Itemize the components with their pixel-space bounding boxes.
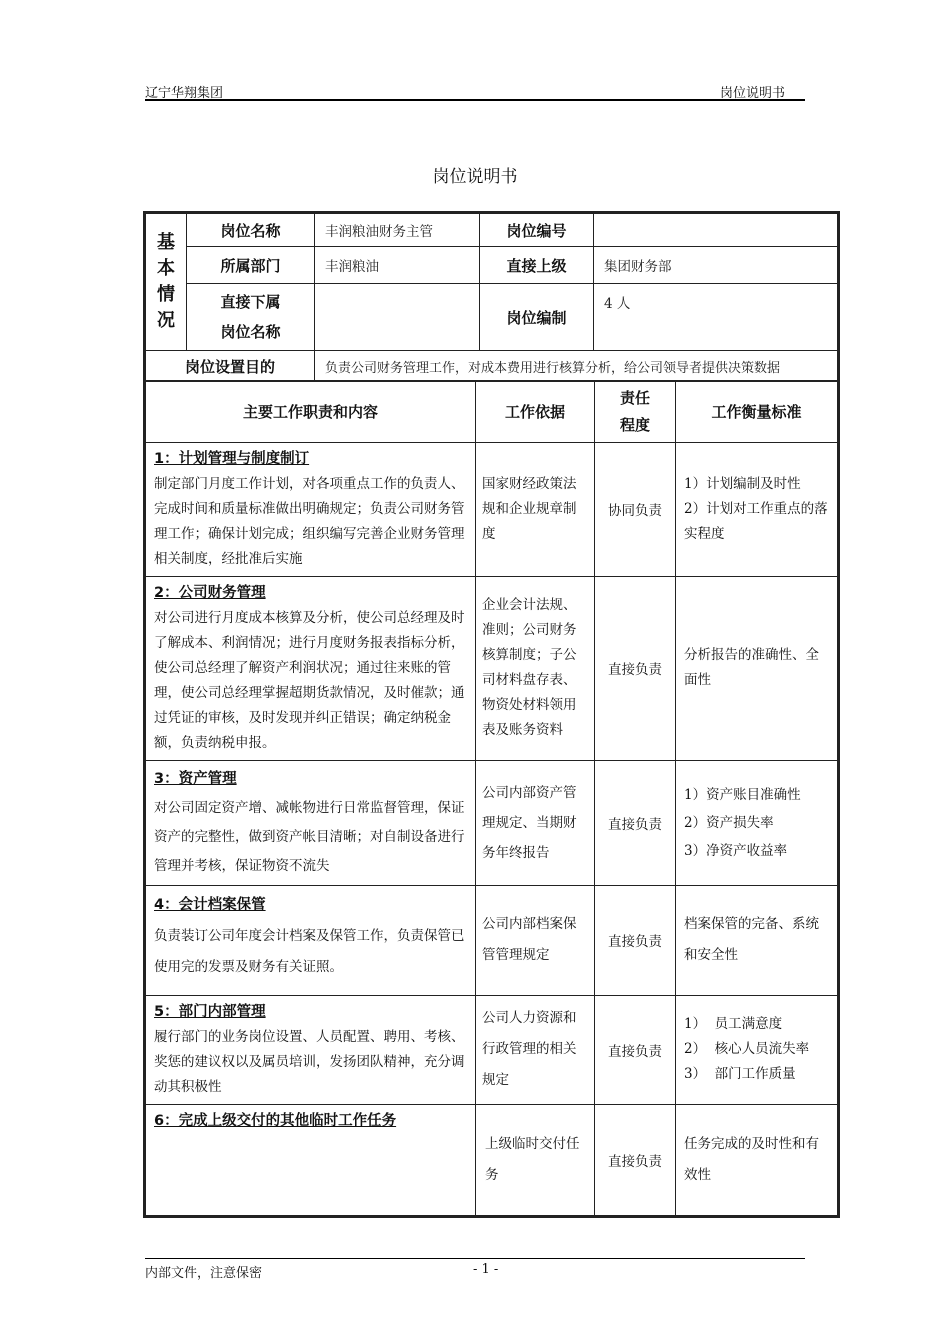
duty-standard: 1）资产账目准确性2）资产损失率3）净资产收益率 (676, 760, 839, 885)
value-department: 丰润粮油 (315, 247, 480, 284)
duty-responsibility: 协同负责 (595, 442, 676, 576)
duty-content: 2：公司财务管理对公司进行月度成本核算及分析，使公司总经理及时了解成本、利润情况… (145, 576, 476, 760)
label-department: 所属部门 (187, 247, 315, 284)
duty-standard: 档案保管的完备、系统和安全性 (676, 885, 839, 995)
page-title: 岗位说明书 (0, 162, 950, 187)
duty-content: 4：会计档案保管负责装订公司年度会计档案及保管工作，负责保管已使用完的发票及财务… (145, 885, 476, 995)
page-header: 辽宁华翔集团 岗位说明书 (145, 82, 805, 101)
duty-responsibility: 直接负责 (595, 885, 676, 995)
duty-basis: 公司内部资产管理规定、当期财务年终报告 (476, 760, 595, 885)
label-subordinates: 直接下属岗位名称 (187, 284, 315, 351)
label-headcount: 岗位编制 (480, 284, 594, 351)
duty-row: 1：计划管理与制度制订制定部门月度工作计划，对各项重点工作的负责人、完成时间和质… (145, 442, 839, 576)
value-subordinates (315, 284, 480, 351)
duty-content: 3：资产管理对公司固定资产增、减帐物进行日常监督管理，保证资产的完整性，做到资产… (145, 760, 476, 885)
header-content: 主要工作职责和内容 (145, 381, 476, 442)
value-headcount: 4 人 (594, 284, 839, 351)
duty-basis: 公司人力资源和行政管理的相关规定 (476, 995, 595, 1104)
label-direct-superior: 直接上级 (480, 247, 594, 284)
duty-basis: 国家财经政策法规和企业规章制度 (476, 442, 595, 576)
duty-content: 6：完成上级交付的其他临时工作任务 (145, 1104, 476, 1216)
value-position-name: 丰润粮油财务主管 (315, 213, 480, 247)
duty-responsibility: 直接负责 (595, 1104, 676, 1216)
header-responsibility: 责任程度 (595, 381, 676, 442)
label-purpose: 岗位设置目的 (145, 351, 315, 382)
company-name: 辽宁华翔集团 (145, 82, 223, 101)
label-position-code: 岗位编号 (480, 213, 594, 247)
duty-standard: 1） 员工满意度2） 核心人员流失率3） 部门工作质量 (676, 995, 839, 1104)
document-type: 岗位说明书 (720, 82, 785, 101)
duty-basis: 公司内部档案保管管理规定 (476, 885, 595, 995)
duties-table: 主要工作职责和内容 工作依据 责任程度 工作衡量标准 1：计划管理与制度制订制定… (143, 380, 840, 1218)
duty-row: 6：完成上级交付的其他临时工作任务 上级临时交付任务 直接负责 任务完成的及时性… (145, 1104, 839, 1216)
header-basis: 工作依据 (476, 381, 595, 442)
duty-content: 1：计划管理与制度制订制定部门月度工作计划，对各项重点工作的负责人、完成时间和质… (145, 442, 476, 576)
section-label-basic: 基本情况 (145, 213, 187, 351)
duty-row: 5：部门内部管理履行部门的业务岗位设置、人员配置、聘用、考核、奖惩的建议权以及属… (145, 995, 839, 1104)
duty-standard: 1）计划编制及时性2）计划对工作重点的落实程度 (676, 442, 839, 576)
page-footer: 内部文件，注意保密 - 1 - (145, 1258, 805, 1281)
duty-responsibility: 直接负责 (595, 576, 676, 760)
value-purpose: 负责公司财务管理工作，对成本费用进行核算分析，给公司领导者提供决策数据 (315, 351, 839, 382)
value-direct-superior: 集团财务部 (594, 247, 839, 284)
duty-row: 3：资产管理对公司固定资产增、减帐物进行日常监督管理，保证资产的完整性，做到资产… (145, 760, 839, 885)
page-number: - 1 - (473, 1262, 498, 1277)
header-standard: 工作衡量标准 (676, 381, 839, 442)
duty-row: 4：会计档案保管负责装订公司年度会计档案及保管工作，负责保管已使用完的发票及财务… (145, 885, 839, 995)
duty-standard: 分析报告的准确性、全面性 (676, 576, 839, 760)
duty-responsibility: 直接负责 (595, 995, 676, 1104)
duty-basis: 企业会计法规、准则；公司财务核算制度；子公司材料盘存表、物资处材料领用表及账务资… (476, 576, 595, 760)
value-position-code (594, 213, 839, 247)
duty-row: 2：公司财务管理对公司进行月度成本核算及分析，使公司总经理及时了解成本、利润情况… (145, 576, 839, 760)
confidential-note: 内部文件，注意保密 (145, 1266, 262, 1281)
basic-info-table: 基本情况 岗位名称 丰润粮油财务主管 岗位编号 所属部门 丰润粮油 直接上级 集… (143, 211, 840, 382)
duty-responsibility: 直接负责 (595, 760, 676, 885)
duty-basis: 上级临时交付任务 (476, 1104, 595, 1216)
label-position-name: 岗位名称 (187, 213, 315, 247)
duty-content: 5：部门内部管理履行部门的业务岗位设置、人员配置、聘用、考核、奖惩的建议权以及属… (145, 995, 476, 1104)
duty-standard: 任务完成的及时性和有效性 (676, 1104, 839, 1216)
